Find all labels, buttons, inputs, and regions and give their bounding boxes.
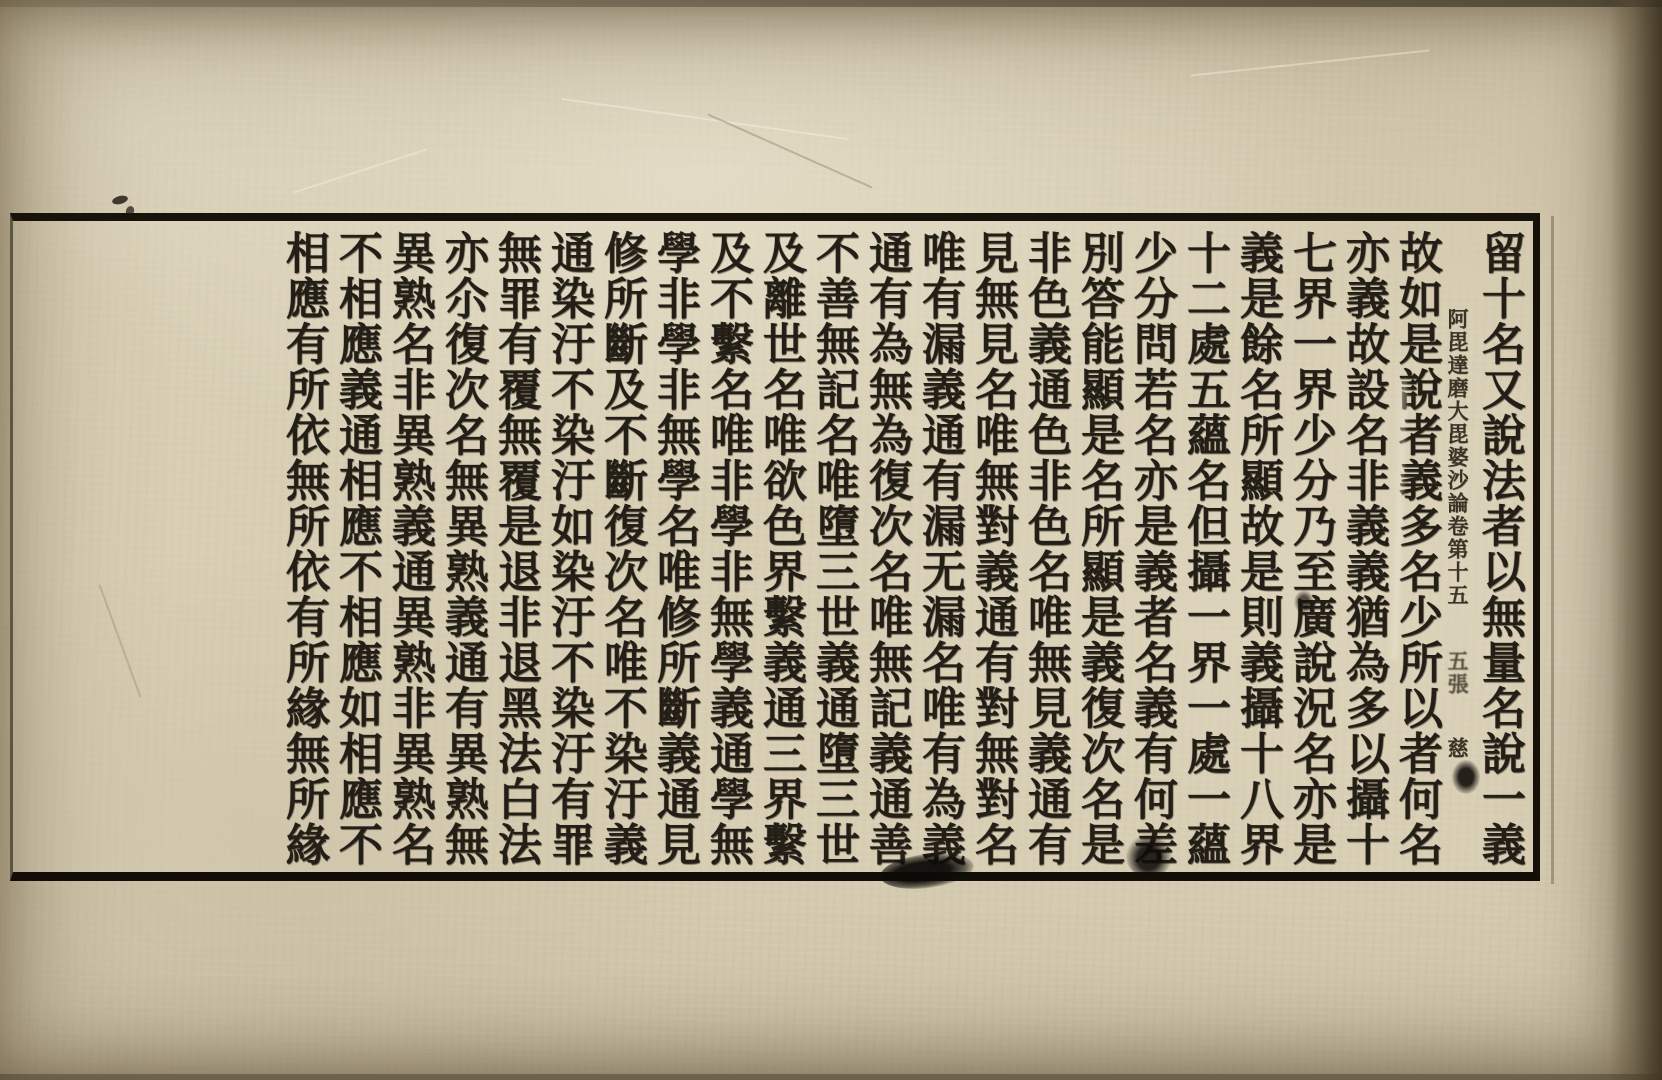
- text-column: 義是餘名所顯故是則義攝十八界: [1235, 230, 1279, 872]
- text-column: 亦尒復次名無異熟義通有異熟無: [440, 230, 484, 872]
- ink-mark: [111, 194, 128, 206]
- text-column: 亦義故設名非義義猶為多以攝十: [1341, 230, 1385, 872]
- paper-fiber-scratch: [293, 148, 427, 193]
- photo-bottom-edge: [0, 1074, 1662, 1080]
- ink-smudge: [1294, 590, 1314, 614]
- text-column: 唯有漏義通有漏无漏名唯有為義: [917, 230, 961, 872]
- text-column: 七界一界少分乃至廣說況名亦是: [1288, 230, 1332, 872]
- text-column: 非色義通色非色名唯無見義通有: [1023, 230, 1067, 872]
- text-column: 無罪有覆無覆是退非退黑法白法: [493, 230, 537, 872]
- text-column: 見無見名唯無對義通有對無對名: [970, 230, 1014, 872]
- text-column: 留十名又說法者以無量名說一義: [1477, 230, 1521, 872]
- text-column: 通染汙不染汙如染汙不染汙有罪: [546, 230, 590, 872]
- sheet-number: 五張: [1445, 650, 1470, 696]
- text-column: 不善無記名唯墮三世義通墮三世: [811, 230, 855, 872]
- text-column: 相應有所依無所依有所緣無所緣: [281, 230, 325, 872]
- text-column: 異熟名非異熟義通異熟非異熟名: [387, 230, 431, 872]
- text-column: 少分問若名亦是義者名義有何差: [1129, 230, 1173, 872]
- text-block: 留十名又說法者以無量名說一義 阿毘達磨大毘婆沙論卷第十五 五張 慈 故如是說者義…: [14, 222, 1530, 872]
- text-column: 通有為無為復次名唯無記義通善: [864, 230, 908, 872]
- text-column: 及不繫名唯非學非無學義通學無: [705, 230, 749, 872]
- paper-fiber-scratch: [707, 113, 872, 188]
- volume-title: 阿毘達磨大毘婆沙論卷第十五: [1445, 308, 1470, 607]
- ink-smudge: [1452, 760, 1480, 794]
- text-column: 不相應義通相應不相應如相應不: [334, 230, 378, 872]
- text-column: 修所斷及不斷復次名唯不染汙義: [599, 230, 643, 872]
- paper-fiber-scratch: [561, 98, 848, 140]
- case-character: 慈: [1445, 737, 1470, 760]
- photo-top-edge: [0, 0, 1662, 7]
- text-column: 學非學非無學名唯修所斷義通見: [652, 230, 696, 872]
- scanned-sutra-page: 留十名又說法者以無量名說一義 阿毘達磨大毘婆沙論卷第十五 五張 慈 故如是說者義…: [0, 0, 1662, 1080]
- paper-fiber-scratch: [1191, 49, 1430, 76]
- page-right-edge: [1610, 0, 1662, 1080]
- text-column: 及離世名唯欲色界繫義通三界繫: [758, 230, 802, 872]
- text-column: 別答能顯是名所顯是義復次名是: [1076, 230, 1120, 872]
- frame-outer-rule: [1551, 216, 1554, 884]
- text-column: 十二處五蘊名但攝一界一處一蘊: [1182, 230, 1226, 872]
